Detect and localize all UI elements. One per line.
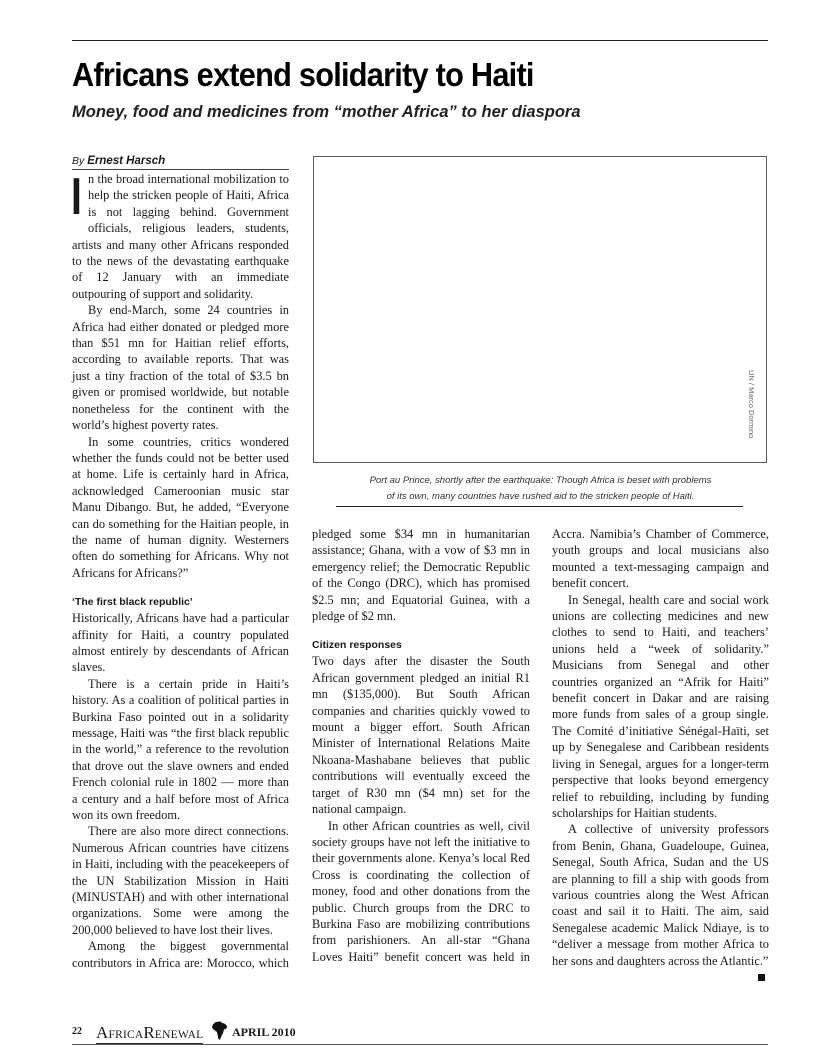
caption-rule [336, 506, 743, 507]
intro-paragraph: In the broad international mobilization … [72, 171, 289, 302]
body-paragraph: There are also more direct connections. … [72, 823, 289, 938]
photo-credit: UN / Marco Dormino [747, 370, 756, 438]
body-paragraph: Accra. Namibia’s Chamber of Commerce, yo… [552, 526, 769, 592]
caption-line-2: of its own, many countries have rushed a… [313, 489, 768, 505]
body-paragraph: Two days after the disaster the South Af… [312, 653, 530, 817]
magazine-name: AFRICARENEWAL [96, 1023, 203, 1044]
photo-placeholder [313, 156, 767, 463]
page-number: 22 [72, 1026, 82, 1037]
article-column-1: By Ernest Harsch In the broad internatio… [72, 155, 289, 971]
page-footer: 22 AFRICARENEWAL APRIL 2010 [72, 1024, 768, 1045]
end-of-article-square-icon [758, 974, 765, 981]
section-heading-citizen-responses: Citizen responses [312, 638, 530, 653]
top-rule [72, 40, 768, 41]
body-paragraph: In some countries, critics wondered whet… [72, 434, 289, 582]
body-paragraph: In Senegal, health care and social work … [552, 592, 769, 822]
article-column-3: Accra. Namibia’s Chamber of Commerce, yo… [552, 526, 769, 981]
body-paragraph: A collective of university professors fr… [552, 821, 769, 969]
byline: By Ernest Harsch [72, 155, 289, 170]
byline-author: Ernest Harsch [87, 155, 165, 167]
photo-caption: Port au Prince, shortly after the earthq… [313, 473, 768, 505]
body-paragraph: pledged some $34 mn in humanitarian assi… [312, 526, 530, 624]
body-paragraph: In other African countries as well, civi… [312, 818, 530, 966]
body-paragraph: Historically, Africans have had a partic… [72, 610, 289, 676]
drop-cap: I [71, 175, 80, 221]
body-paragraph: By end-March, some 24 countries in Afric… [72, 302, 289, 433]
article-subheadline: Money, food and medicines from “mother A… [72, 103, 581, 122]
article-headline: Africans extend solidarity to Haiti [72, 56, 534, 94]
section-heading-first-black-republic: ‘The first black republic’ [72, 595, 289, 610]
caption-line-1: Port au Prince, shortly after the earthq… [313, 473, 768, 489]
byline-prefix: By [72, 155, 84, 167]
issue-date: APRIL 2010 [232, 1025, 296, 1040]
article-column-2: pledged some $34 mn in humanitarian assi… [312, 526, 530, 965]
africa-map-icon [212, 1021, 228, 1041]
body-paragraph: Among the biggest governmental contribut… [72, 938, 289, 971]
body-paragraph: There is a certain pride in Haiti’s hist… [72, 676, 289, 824]
